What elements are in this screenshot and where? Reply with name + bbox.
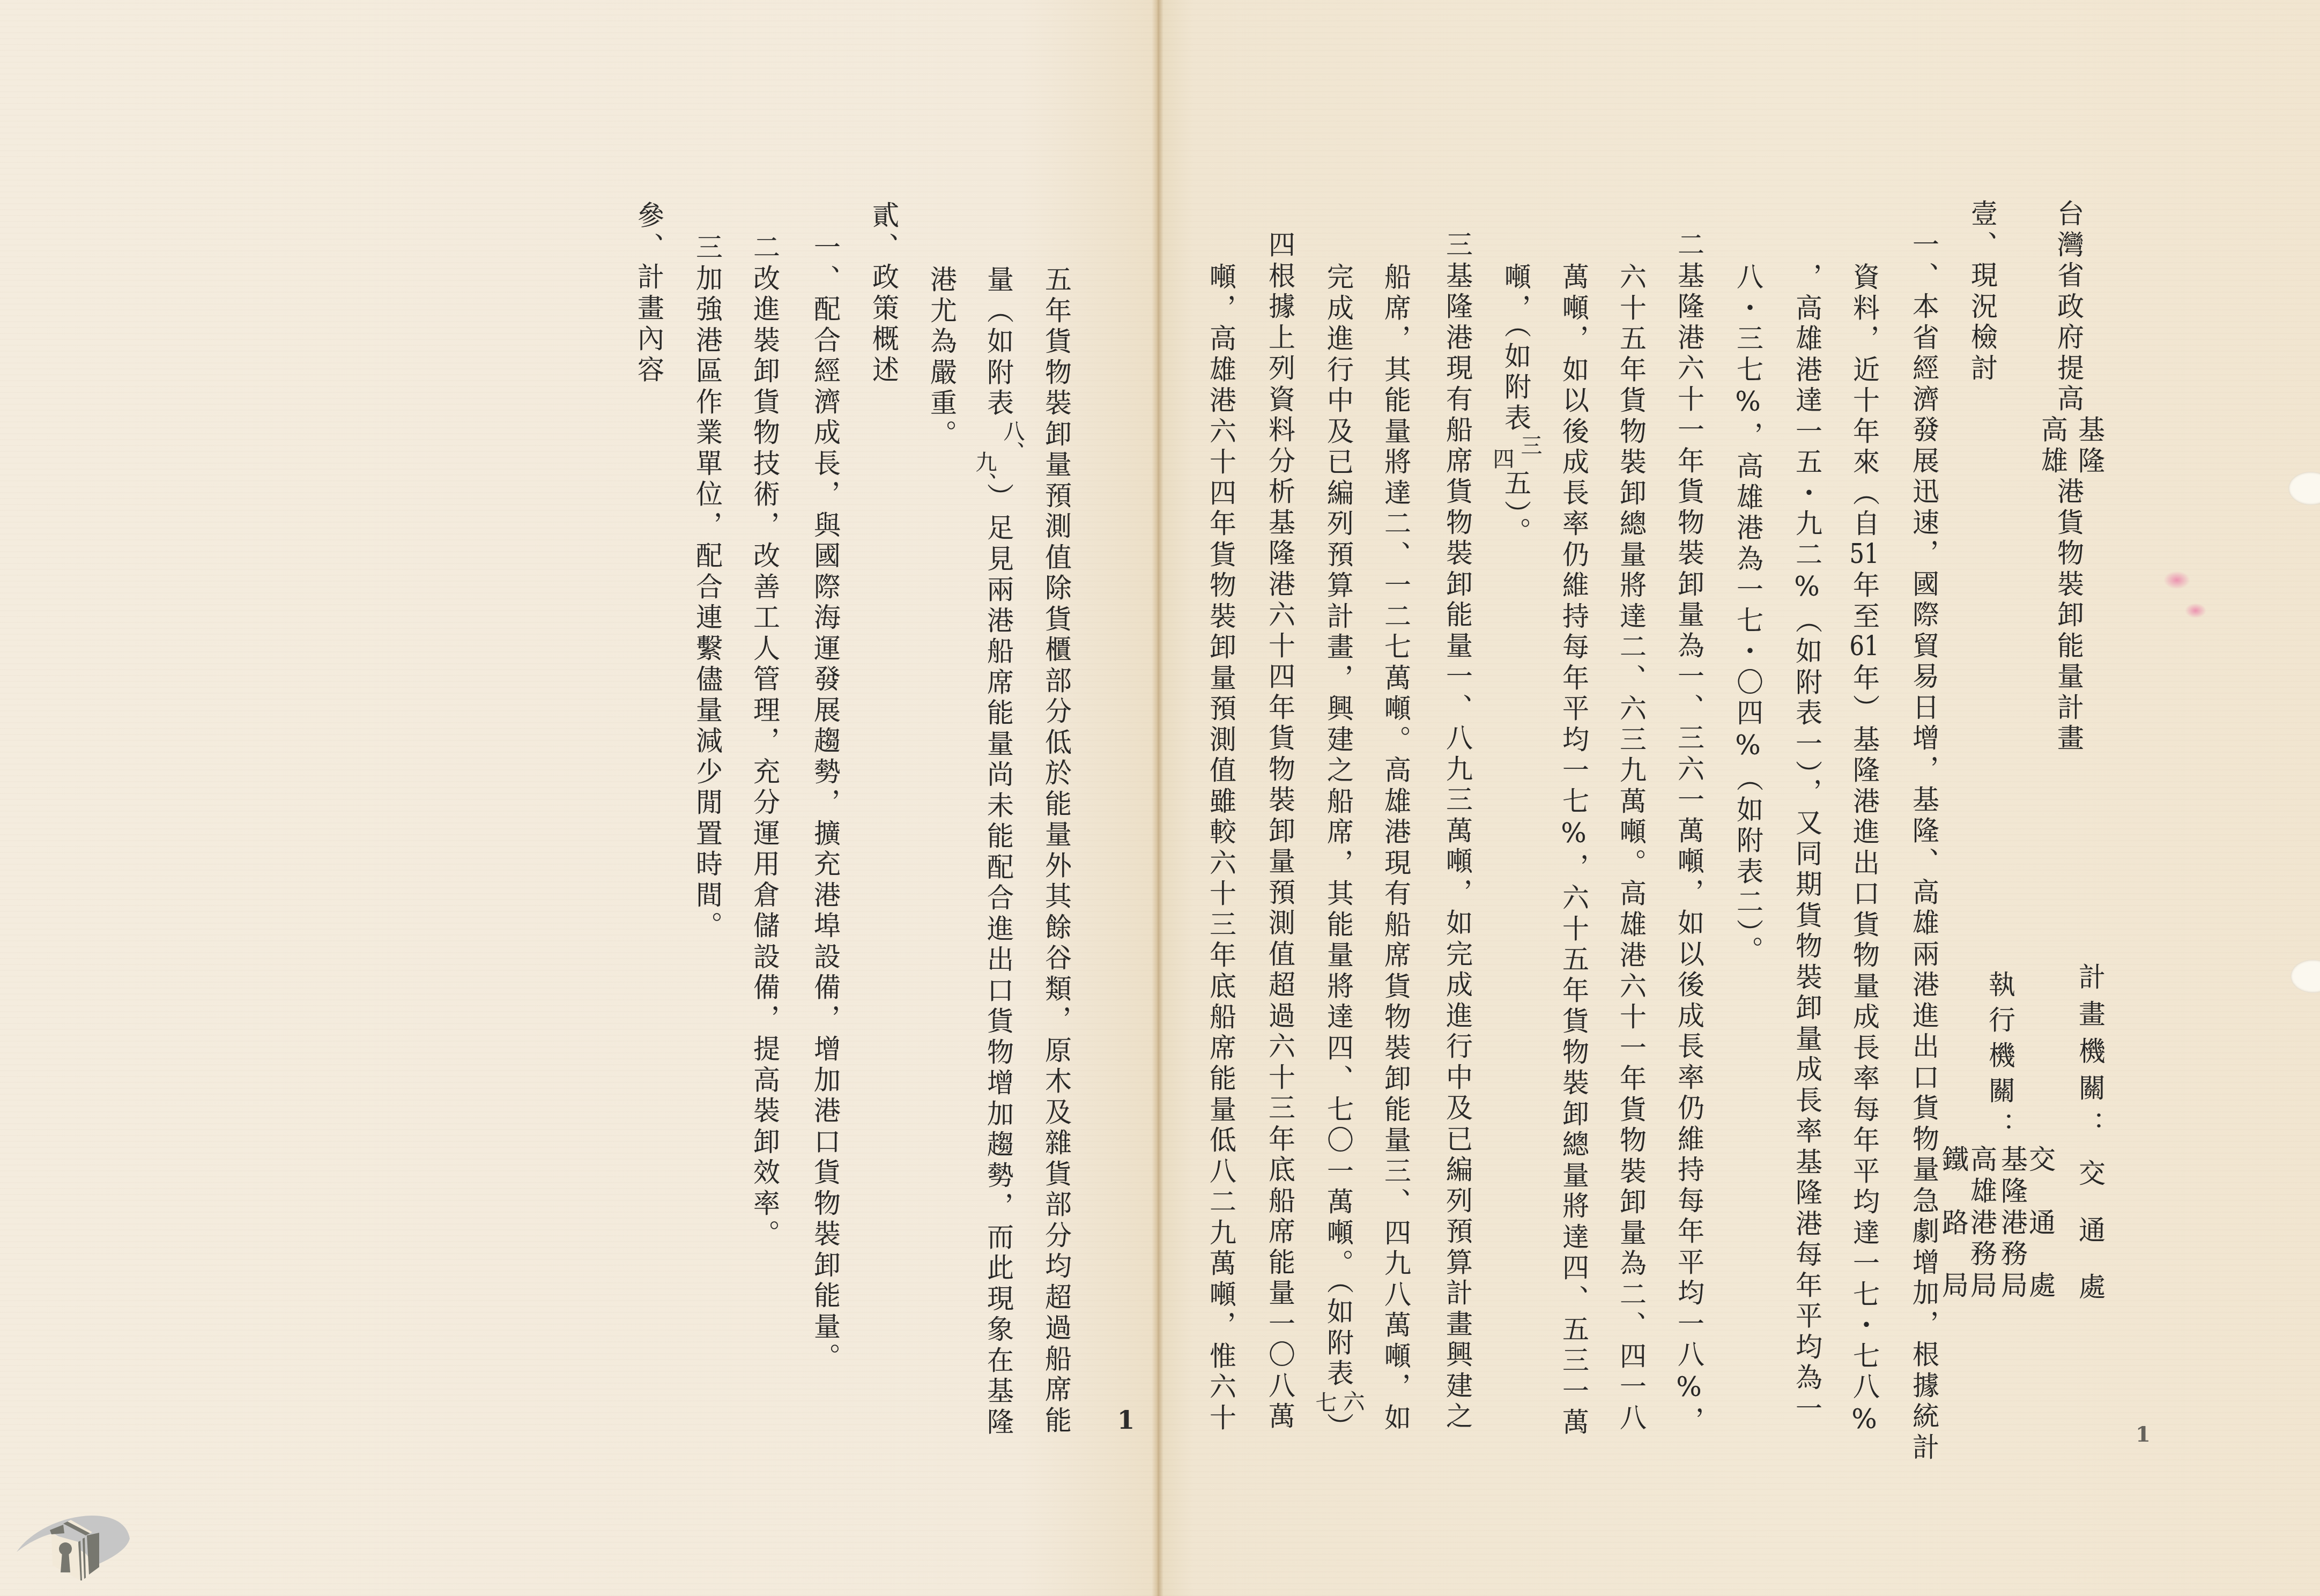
section-heading-policy-overview: 貳、政策概述 xyxy=(868,201,900,386)
document-title-port-keelung: 基隆 xyxy=(2073,415,2106,477)
paragraph-line: ，高雄港達一五・九二%（如附表一），又同期貨物裝卸量成長率基隆港每年平均為一 xyxy=(1791,263,1823,1425)
executing-agency-railway-bureau: 鐵路局 xyxy=(1937,1145,1969,1298)
paragraph-line: 噸，高雄港六十四年貨物裝卸量預測值雖較六十三年底船席能量低八二九萬噸，惟六十 xyxy=(1205,263,1237,1434)
paragraph-line: 四根據上列資料分析基隆港六十四年貨物裝卸量預測值超過六十三年底船席能量一〇八萬 xyxy=(1264,231,1296,1433)
table-reference: 三 xyxy=(1517,434,1542,456)
table-reference: 八、 xyxy=(1000,420,1025,463)
text-segment: 資料，近十年來（自 xyxy=(1849,263,1880,540)
paragraph-line: 三基隆港現有船席貨物裝卸能量一、八九三萬噸，如完成進行中及已編列預算計畫興建之 xyxy=(1441,231,1473,1433)
planning-agency-label: 計畫機關： xyxy=(2074,963,2106,1148)
pink-ink-mark xyxy=(2185,603,2206,618)
left-page-number: 1 xyxy=(1117,1406,1135,1435)
text-segment: 年至 xyxy=(1849,571,1880,633)
planning-agency-value: 交通處 xyxy=(2074,1159,2106,1300)
table-reference: 四 xyxy=(1489,448,1514,469)
paragraph-line: 二基隆港六十一年貨物裝卸量為一、三六一萬噸，如以後成長率仍維持每年平均一八%， xyxy=(1673,231,1705,1437)
paragraph-line: 六十五年貨物裝卸總量將達二、六三九萬噸。高雄港六十一年貨物裝卸量為二、四一八 xyxy=(1615,263,1647,1434)
year-number: 61 xyxy=(1849,633,1880,659)
text-segment: 年）基隆港進出口貨物量成長率每年平均達一七・七八% xyxy=(1849,664,1880,1439)
table-reference: 七 xyxy=(1312,1391,1337,1413)
policy-item: 一、配合經濟成長，與國際海運發展趨勢，擴充港埠設備，增加港口貨物裝卸能量。 xyxy=(809,233,841,1374)
paragraph-line: 船席，其能量將達二、一二七萬噸。高雄港現有船席貨物裝卸能量三、四九八萬噸，如 xyxy=(1380,263,1412,1434)
paragraph-line: 萬噸，如以後成長率仍維持每年平均一七%，六十五年貨物裝卸總量將達四、五三一萬 xyxy=(1558,263,1590,1438)
text-segment: ）足見兩港船席能量尚未能配合進出口貨物增加趨勢，而此現象在基隆 xyxy=(983,483,1014,1439)
text-segment: ） xyxy=(1323,1413,1354,1444)
scanned-document-spread: 台灣省政府提高 基隆 高雄 港貨物裝卸能量計畫 計畫機關： 交通處 執行機關： … xyxy=(0,0,2320,1596)
executing-agency-keelung-harbor: 基隆港務局 xyxy=(1996,1145,2028,1298)
executing-agency-transport-dept: 交通處 xyxy=(2024,1145,2056,1298)
text-segment: 量（如附表 xyxy=(983,265,1014,420)
paragraph-line: 五年貨物裝卸量預測值除貨櫃部分低於能量外其餘谷類，原木及雜貨部分均超過船席能 xyxy=(1040,265,1072,1437)
document-title-port-kaohsiung: 高雄 xyxy=(2036,415,2069,477)
year-number: 51 xyxy=(1849,540,1880,567)
paragraph-line: 資料，近十年來（自51年至61年）基隆港進出口貨物量成長率每年平均達一七・七八% xyxy=(1848,263,1880,1438)
text-segment: 五）。 xyxy=(1500,469,1531,548)
paragraph-line: 噸，（如附表三四五）。 xyxy=(1500,263,1532,548)
text-segment: 完成進行中及已編列預算計畫，興建之船席，其能量將達四、七〇一萬噸。（如附表 xyxy=(1323,263,1354,1390)
pink-ink-mark xyxy=(2163,571,2190,589)
executing-agency-label: 執行機關： xyxy=(1984,970,2016,1147)
page-fold-crease xyxy=(1152,0,1163,1596)
executing-agency-kaohsiung-harbor: 高雄港務局 xyxy=(1966,1145,1998,1298)
policy-item: 三加強港區作業單位，配合連繫儘量減少閒置時間。 xyxy=(691,233,723,942)
section-heading-current-review: 壹、現況檢討 xyxy=(1966,199,1998,384)
book-keyhole-logo-icon xyxy=(0,1490,161,1596)
right-page-number: 1 xyxy=(2136,1422,2151,1447)
text-segment: 噸，（如附表 xyxy=(1500,263,1531,434)
paragraph-line: 完成進行中及已編列預算計畫，興建之船席，其能量將達四、七〇一萬噸。（如附表六七） xyxy=(1322,263,1354,1443)
paragraph-line: 八・三七%，高雄港為一七・〇四%（如附表二）。 xyxy=(1732,263,1764,967)
document-title-suffix: 港貨物裝卸能量計畫 xyxy=(2052,477,2085,755)
policy-item: 二改進裝卸貨物技術，改善工人管理，充分運用倉儲設備，提高裝卸效率。 xyxy=(748,233,781,1251)
table-reference: 六 xyxy=(1340,1390,1365,1412)
paragraph-line: 港尤為嚴重。 xyxy=(925,265,958,450)
section-heading-plan-content: 參、計畫內容 xyxy=(633,201,665,386)
paragraph-line: 一、本省經濟發展迅速，國際貿易日增，基隆、高雄兩港進出口貨物量急劇增加，根據統計 xyxy=(1908,231,1940,1464)
table-reference: 九、 xyxy=(972,451,997,483)
paragraph-line: 量（如附表八、九、）足見兩港船席能量尚未能配合進出口貨物增加趨勢，而此現象在基隆 xyxy=(982,265,1014,1438)
document-title-prefix: 台灣省政府提高 xyxy=(2052,199,2085,415)
